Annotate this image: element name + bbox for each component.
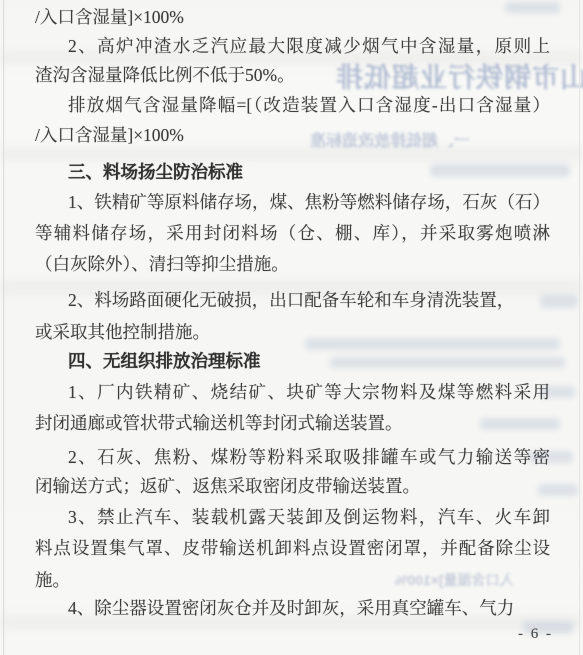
doc-line: 料点设置集气罩、皮带输送机卸料点设置密闭罩，并配备除尘设 <box>35 539 550 558</box>
doc-line: 等辅料储存场，采用封闭料场（仓、棚、库），并采取雾炮喷淋 <box>35 224 550 243</box>
formula-line: /入口含湿量]×100% <box>35 126 550 145</box>
section-heading-fugitive-emissions: 四、无组织排放治理标准 <box>35 352 550 371</box>
doc-line: 封闭通廊或管状带式输送机等封闭式输送装置。 <box>35 414 550 433</box>
doc-line: 2、料场路面硬化无破损，出口配备车轮和车身清洗装置， <box>35 291 550 310</box>
doc-line: （白灰除外）、清扫等抑尘措施。 <box>35 255 550 274</box>
page-edge-left <box>3 0 4 655</box>
doc-line: 施。 <box>35 571 550 590</box>
doc-line: 3、禁止汽车、装载机露天装卸及倒运物料，汽车、火车卸 <box>35 508 550 527</box>
formula-line: 排放烟气含湿量降幅=[（改造装置入口含湿度-出口含湿量） <box>35 96 550 115</box>
page-edge-right <box>579 0 580 655</box>
doc-line: 1、铁精矿等原料储存场，煤、焦粉等燃料储存场，石灰（石） <box>35 193 550 212</box>
doc-line: 闭输送方式；返矿、返焦采取密闭皮带输送装置。 <box>35 477 550 496</box>
doc-line: 渣沟含湿量降低比例不低于50%。 <box>35 66 550 85</box>
doc-line: 2、石灰、焦粉、煤粉等粉料采取吸排罐车或气力输送等密 <box>35 448 550 467</box>
doc-line: 1、厂内铁精矿、烧结矿、块矿等大宗物料及煤等燃料采用 <box>35 383 550 402</box>
scan-band <box>0 148 583 160</box>
doc-line: 4、除尘器设置密闭灰仓并及时卸灰，采用真空罐车、气力 <box>35 599 550 618</box>
section-heading-dust-prevention: 三、料场扬尘防治标准 <box>35 163 550 182</box>
scanned-document-page: 唐山市钢铁行业超低排 一、超低排放改造标准 入口含湿量]×100% /入口含湿量… <box>0 0 583 655</box>
formula-line: /入口含湿量]×100% <box>35 8 550 27</box>
doc-line: 或采取其他控制措施。 <box>35 323 550 342</box>
page-number: - 6 - <box>518 626 553 643</box>
doc-line: 2、高炉冲渣水乏汽应最大限度减少烟气中含湿量，原则上 <box>35 37 550 56</box>
